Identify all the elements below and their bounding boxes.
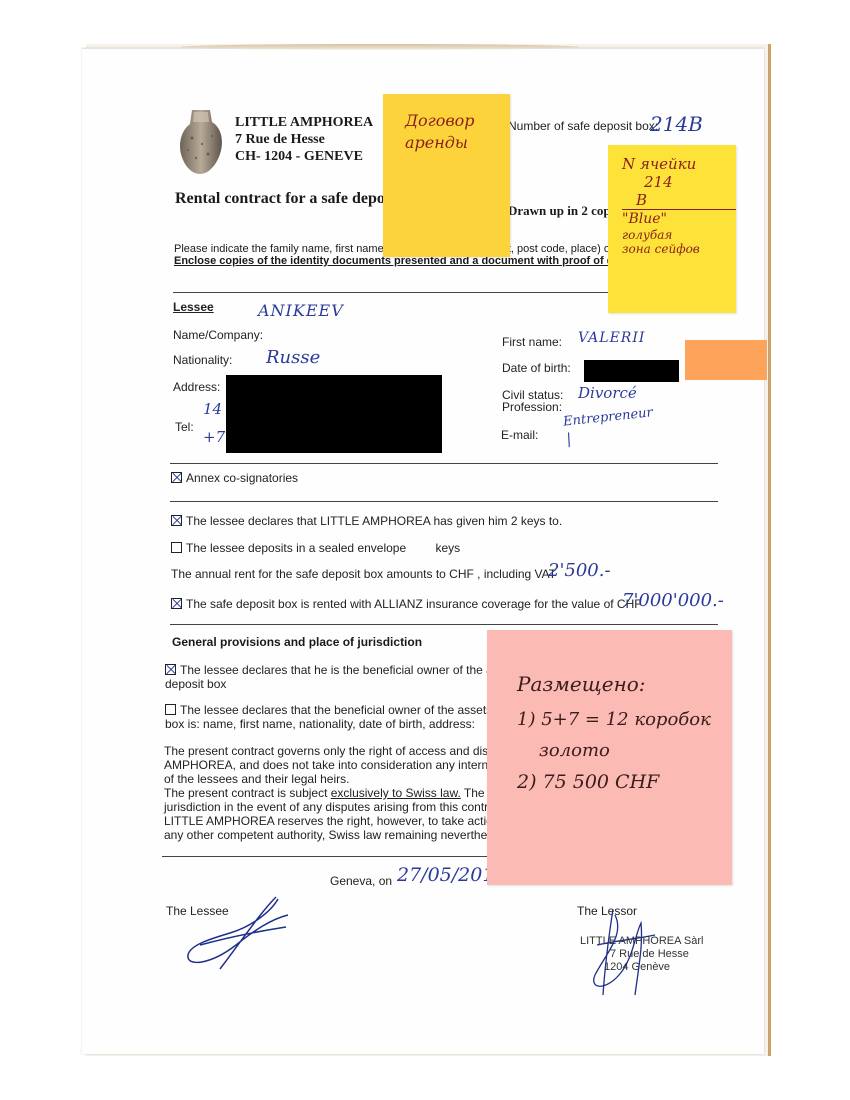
para2-line: LITTLE AMPHOREA reserves the right, howe… bbox=[164, 814, 504, 828]
sticky-line: Размещено: bbox=[517, 666, 711, 702]
insurance-checkbox[interactable] bbox=[171, 598, 182, 609]
first-name-label: First name: bbox=[502, 335, 562, 349]
sticky-line: Договор bbox=[405, 110, 475, 132]
lessee-heading: Lessee bbox=[173, 300, 214, 314]
para1-line: of the lessees and their legal heirs. bbox=[164, 772, 504, 786]
sticky-contract-text: Договор аренды bbox=[405, 110, 475, 154]
provisions-paragraph-1: The present contract governs only the ri… bbox=[164, 744, 504, 842]
sticky-line: 2) 75 500 CHF bbox=[517, 764, 711, 800]
owner-self-row[interactable]: The lessee declares that he is the benef… bbox=[165, 663, 499, 691]
provisions-heading: General provisions and place of jurisdic… bbox=[172, 635, 422, 649]
name-company-value: ANIKEEV bbox=[258, 301, 344, 320]
annex-label: Annex co-signatories bbox=[186, 471, 298, 485]
owner-self-line-2: deposit box bbox=[165, 677, 499, 691]
first-name-value: VALERII bbox=[578, 330, 645, 346]
sticky-line: 214 bbox=[622, 173, 732, 191]
sticky-line: голубая bbox=[622, 228, 732, 242]
keys-suffix: keys bbox=[436, 541, 461, 555]
sticky-contents-text: Размещено: 1) 5+7 = 12 коробок золото 2)… bbox=[517, 666, 711, 800]
sticky-note-contents: Размещено: 1) 5+7 = 12 коробок золото 2)… bbox=[487, 630, 732, 885]
tel-prefix-1: 14 bbox=[203, 400, 222, 418]
copies-note: Drawn up in 2 cop bbox=[508, 203, 611, 219]
keys-given-label: The lessee declares that LITTLE AMPHOREA… bbox=[186, 514, 562, 528]
sticky-line: аренды bbox=[405, 132, 475, 154]
rent-label: The annual rent for the safe deposit box… bbox=[171, 567, 556, 581]
sealed-envelope-checkbox[interactable] bbox=[171, 542, 182, 553]
sticky-note-box-number: N ячейки 214 B "Blue" голубая зона сейфо… bbox=[608, 145, 736, 313]
company-city: CH- 1204 - GENEVE bbox=[235, 148, 373, 165]
sticky-line: золото bbox=[517, 738, 711, 764]
sticky-line: 1) 5+7 = 12 коробок bbox=[517, 702, 711, 738]
lessee-colon: : bbox=[210, 300, 213, 314]
nationality-label: Nationality: bbox=[173, 353, 232, 367]
sealed-envelope-label: The lessee deposits in a sealed envelope bbox=[186, 541, 406, 555]
sticky-note-contract: Договор аренды bbox=[383, 94, 510, 257]
keys-given-row[interactable]: The lessee declares that LITTLE AMPHOREA… bbox=[171, 514, 562, 528]
divider bbox=[162, 856, 492, 857]
divider bbox=[170, 501, 718, 502]
insurance-value: 7'000'000.- bbox=[622, 590, 724, 611]
tel-label: Tel: bbox=[175, 420, 194, 434]
page-edge-shadow bbox=[180, 44, 580, 50]
swiss-law-underlined: exclusively to Swiss law. bbox=[331, 786, 461, 800]
address-redacted bbox=[226, 375, 442, 453]
annex-checkbox[interactable] bbox=[171, 472, 182, 483]
box-number-label: Number of safe deposit box: bbox=[508, 119, 658, 133]
profession-label: Profession: bbox=[502, 400, 562, 414]
lessor-signature bbox=[585, 905, 665, 1000]
civil-status-value: Divorcé bbox=[578, 384, 637, 402]
place-label: Geneva, on bbox=[330, 874, 392, 888]
divider bbox=[170, 463, 718, 464]
sticky-line: "Blue" bbox=[622, 210, 732, 228]
company-address-block: LITTLE AMPHOREA 7 Rue de Hesse CH- 1204 … bbox=[235, 114, 373, 165]
para1-line: The present contract governs only the ri… bbox=[164, 744, 504, 758]
sticky-line: N ячейки bbox=[622, 155, 732, 173]
owner-other-checkbox[interactable] bbox=[165, 704, 176, 715]
rent-value: 2'500.- bbox=[548, 560, 611, 581]
company-street: 7 Rue de Hesse bbox=[235, 131, 373, 148]
owner-self-line-1: The lessee declares that he is the benef… bbox=[180, 663, 499, 677]
sealed-envelope-row[interactable]: The lessee deposits in a sealed envelope… bbox=[171, 541, 460, 555]
insurance-label: The safe deposit box is rented with ALLI… bbox=[186, 597, 642, 611]
owner-other-line-1: The lessee declares that the beneficial … bbox=[180, 703, 509, 717]
para1-line: AMPHOREA, and does not take into conside… bbox=[164, 758, 504, 772]
divider bbox=[170, 624, 718, 625]
insurance-row[interactable]: The safe deposit box is rented with ALLI… bbox=[171, 597, 642, 611]
sticky-line: зона сейфов bbox=[622, 242, 732, 256]
annex-checkbox-row[interactable]: Annex co-signatories bbox=[171, 471, 298, 485]
sticky-tab-orange bbox=[685, 340, 767, 380]
dob-redacted bbox=[584, 360, 679, 382]
para2-line-1: The present contract is subject exclusiv… bbox=[164, 786, 504, 800]
page-title: Rental contract for a safe depo bbox=[175, 190, 385, 208]
amphora-icon bbox=[178, 108, 224, 176]
tel-prefix-2: +7 bbox=[203, 428, 225, 446]
dob-label: Date of birth: bbox=[502, 361, 571, 375]
para2-line: any other competent authority, Swiss law… bbox=[164, 828, 504, 842]
owner-self-checkbox[interactable] bbox=[165, 664, 176, 675]
company-name: LITTLE AMPHOREA bbox=[235, 114, 373, 131]
keys-given-checkbox[interactable] bbox=[171, 515, 182, 526]
para2-line: jurisdiction in the event of any dispute… bbox=[164, 800, 504, 814]
email-label: E-mail: bbox=[501, 428, 538, 442]
address-label: Address: bbox=[173, 380, 220, 394]
sticky-box-text: N ячейки 214 B "Blue" голубая зона сейфо… bbox=[622, 155, 732, 256]
nationality-value: Russe bbox=[266, 347, 320, 368]
name-company-label: Name/Company: bbox=[173, 328, 263, 342]
box-number-value: 214B bbox=[650, 112, 703, 136]
lessee-signature bbox=[180, 893, 300, 973]
owner-other-line-2: box is: name, first name, nationality, d… bbox=[165, 717, 509, 731]
owner-other-row[interactable]: The lessee declares that the beneficial … bbox=[165, 703, 509, 731]
sticky-line: B bbox=[622, 191, 736, 210]
